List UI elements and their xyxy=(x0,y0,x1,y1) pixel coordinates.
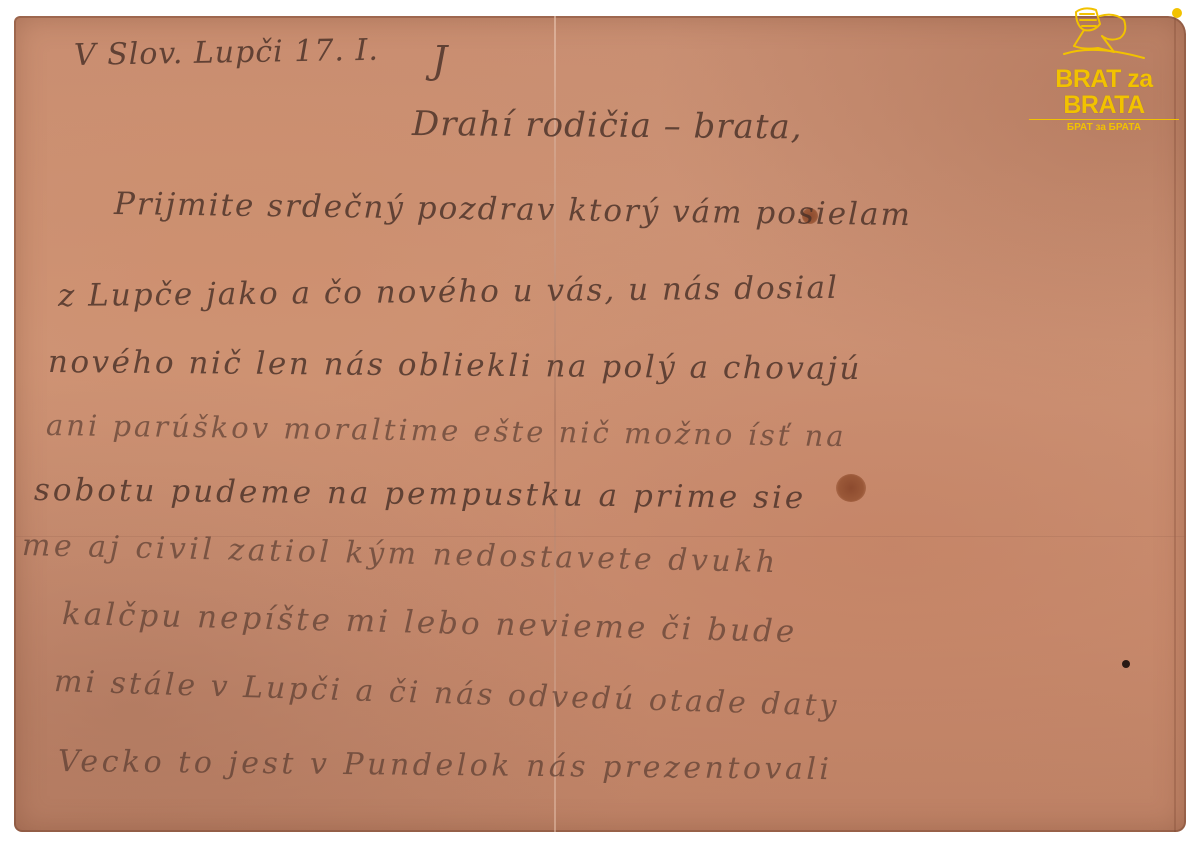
place-date: V Slov. Lupči 17. I. xyxy=(74,33,379,73)
body-line-4: ani parúškov moraltime ešte nič možno ís… xyxy=(46,408,847,453)
body-line-7: kalčpu nepíšte mi lebo nevieme či bude xyxy=(62,596,798,650)
body-line-5: sobotu pudeme na pempustku a prime sie xyxy=(34,472,807,516)
body-line-8: mi stále v Lupči a či nás odvedú otade d… xyxy=(53,664,839,724)
body-line-3: nového nič len nás obliekli na polý a ch… xyxy=(48,344,862,387)
logo-title: BRAT za BRATA xyxy=(1024,66,1184,118)
salutation: Drahí rodičia – brata, xyxy=(412,104,803,147)
scan-canvas: V Slov. Lupči 17. I. J Drahí rodičia – b… xyxy=(0,0,1200,847)
body-line-9: Vecko to jest v Pundelok nás prezentoval… xyxy=(58,744,833,787)
ink-dot xyxy=(1122,660,1130,668)
logo-accent-dot xyxy=(1172,8,1182,18)
postcard: V Slov. Lupči 17. I. J Drahí rodičia – b… xyxy=(14,16,1186,832)
ink-stain xyxy=(836,474,866,502)
brat-za-brata-logo: BRAT za BRATA БРАТ за БРАТА xyxy=(1024,2,1184,122)
clasped-hands-icon xyxy=(1054,2,1154,70)
logo-divider xyxy=(1029,119,1179,120)
paper-edge-fold xyxy=(1174,16,1176,832)
body-line-2: z Lupče jako a čo nového u vás, u nás do… xyxy=(58,270,839,314)
header-mark: J xyxy=(432,38,448,82)
body-line-1: Prijmite srdečný pozdrav ktorý vám posie… xyxy=(114,186,912,233)
logo-subtitle: БРАТ за БРАТА xyxy=(1024,122,1184,133)
